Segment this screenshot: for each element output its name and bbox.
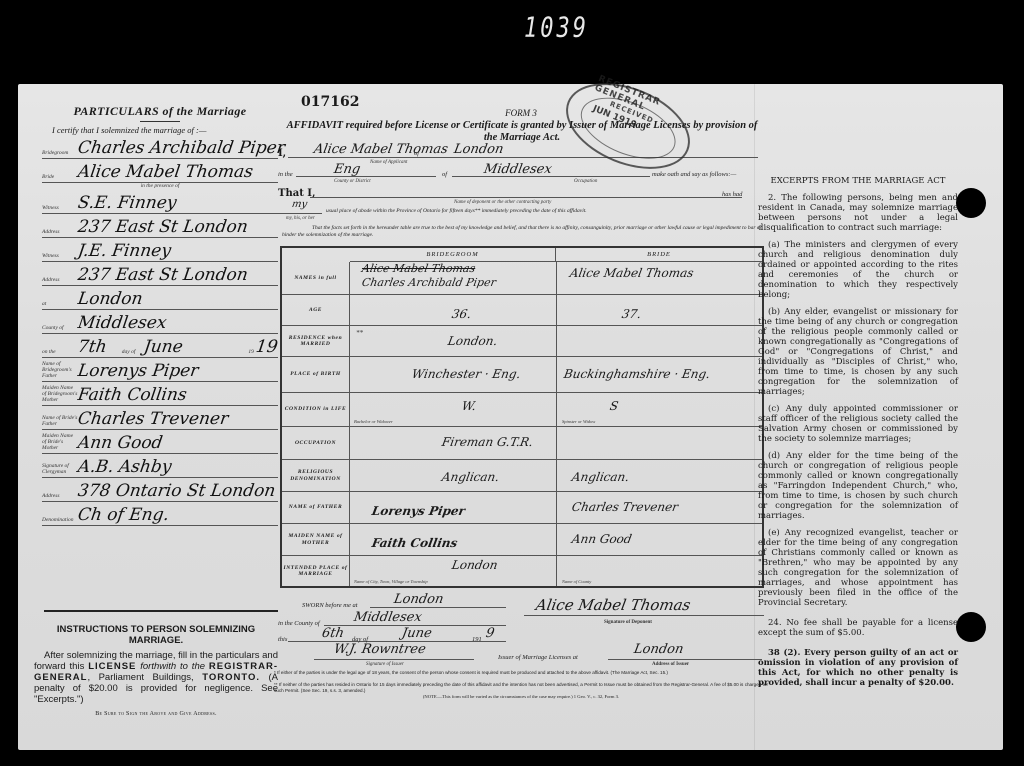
field-date: on the 7th day of June 19 19 — [42, 334, 278, 358]
applicant-name: Alice Mabel Thomas — [313, 142, 449, 157]
excerpt-paragraph: 24. No fee shall be payable for a licens… — [758, 618, 958, 638]
table-row: NAME of FATHER Lorenys Piper Charles Tre… — [282, 492, 762, 524]
certify-statement: I certify that I solemnized the marriage… — [52, 125, 278, 135]
applicant-residence: London — [453, 142, 505, 157]
sign-reminder: Be Sure to Sign the Above and Give Addre… — [34, 711, 278, 717]
excerpt-paragraph: 2. The following persons, being men and … — [758, 193, 958, 233]
excerpt-paragraph: (b) Any elder, evangelist or missionary … — [758, 307, 958, 397]
punch-hole-icon — [956, 188, 986, 218]
excerpt-paragraph: (c) Any duly appointed commissioner or s… — [758, 404, 958, 444]
field-witness-1: Witness S.E. Finney — [42, 190, 278, 214]
sworn-block: SWORN before me at London in the County … — [274, 594, 768, 750]
particulars-table: BRIDEGROOM BRIDE NAMES in full Alice Mab… — [280, 246, 764, 588]
applicant-occupation: Middlesex — [483, 162, 553, 177]
excerpt-paragraph: (e) Any recognized evangelist, teacher o… — [758, 528, 958, 608]
section-divider — [44, 610, 278, 612]
excerpt-paragraph: (a) The ministers and clergymen of every… — [758, 240, 958, 300]
excerpt-paragraph: 38 (2). Every person guilty of an act or… — [758, 648, 958, 688]
particulars-title: PARTICULARS of the Marriage — [42, 104, 278, 119]
instructions-body: After solemnizing the marriage, fill in … — [34, 650, 278, 705]
table-row: NAMES in full Alice Mabel Thomas Charles… — [282, 262, 762, 295]
table-row: RELIGIOUS DENOMINATION Anglican. Anglica… — [282, 460, 762, 492]
abode-statement: usual place of abode within the Province… — [326, 208, 587, 214]
instructions-title: INSTRUCTIONS TO PERSON SOLEMNIZING MARRI… — [34, 624, 278, 646]
in-presence-label: in the presence of — [42, 183, 278, 190]
field-witness-2-address: Address 237 East St London — [42, 262, 278, 286]
table-row: CONDITION in LIFE W. S Bachelor or Widow… — [282, 393, 762, 427]
title-rule — [140, 121, 180, 122]
punch-hole-icon — [956, 612, 986, 642]
field-denomination: Denomination Ch of Eng. — [42, 502, 278, 526]
affidavit-form: 017162 FORM 3 AFFIDAVIT required before … — [274, 84, 768, 750]
header-bride: BRIDE — [556, 248, 762, 262]
instructions-section: INSTRUCTIONS TO PERSON SOLEMNIZING MARRI… — [34, 624, 278, 717]
footnote-residence: ** If neither of the parties has resided… — [274, 682, 768, 693]
field-groom-mother: Maiden Name of Bridegroom's Mother Faith… — [42, 382, 278, 406]
footnote-note: (NOTE.—This form will be varied as the c… — [274, 694, 768, 700]
excerpt-paragraph: (d) Any elder for the time being of the … — [758, 451, 958, 521]
field-groom-father: Name of Bridegroom's Father Lorenys Pipe… — [42, 358, 278, 382]
field-clergyman-address: Address 378 Ontario St London — [42, 478, 278, 502]
excerpts-title: EXCERPTS FROM THE MARRIAGE ACT — [758, 176, 958, 186]
applicant-county: Eng — [333, 162, 362, 177]
field-witness-2: Witness J.E. Finney — [42, 238, 278, 262]
field-bridegroom: Bridegroom Charles Archibald Piper — [42, 135, 278, 159]
table-row: INTENDED PLACE of MARRIAGE London Name o… — [282, 556, 762, 586]
table-row: PLACE of BIRTH Winchester · Eng. Bucking… — [282, 357, 762, 393]
table-row: AGE 36. 37. — [282, 295, 762, 326]
facts-statement: That the facts set forth in the hereunde… — [282, 225, 766, 238]
marriage-record-document: PARTICULARS of the Marriage I certify th… — [18, 84, 1003, 750]
microfilm-frame-number: 1039 — [524, 13, 589, 44]
particulars-section: PARTICULARS of the Marriage I certify th… — [42, 104, 278, 526]
field-bride-father: Name of Bride's Father Charles Trevener — [42, 406, 278, 430]
field-clergyman-signature: Signature of Clergyman A.B. Ashby — [42, 454, 278, 478]
table-row: OCCUPATION Fireman G.T.R. — [282, 427, 762, 460]
excerpts-section: EXCERPTS FROM THE MARRIAGE ACT 2. The fo… — [758, 176, 958, 695]
table-row: MAIDEN NAME of MOTHER Faith Collins Ann … — [282, 524, 762, 556]
field-county: County of Middlesex — [42, 310, 278, 334]
field-place: at London — [42, 286, 278, 310]
field-bride: Bride Alice Mabel Thomas — [42, 159, 278, 183]
issuer-signature: W.J. Rowntree — [333, 642, 427, 657]
table-row: RESIDENCE when MARRIED ** London. — [282, 326, 762, 357]
footnote-age: * If either of the parties is under the … — [274, 670, 768, 676]
deponent-signature: Alice Mabel Thomas — [534, 596, 692, 614]
field-bride-mother: Maiden Name of Bride's Mother Ann Good — [42, 430, 278, 454]
field-witness-1-address: Address 237 East St London — [42, 214, 278, 238]
header-bridegroom: BRIDEGROOM — [350, 248, 556, 262]
